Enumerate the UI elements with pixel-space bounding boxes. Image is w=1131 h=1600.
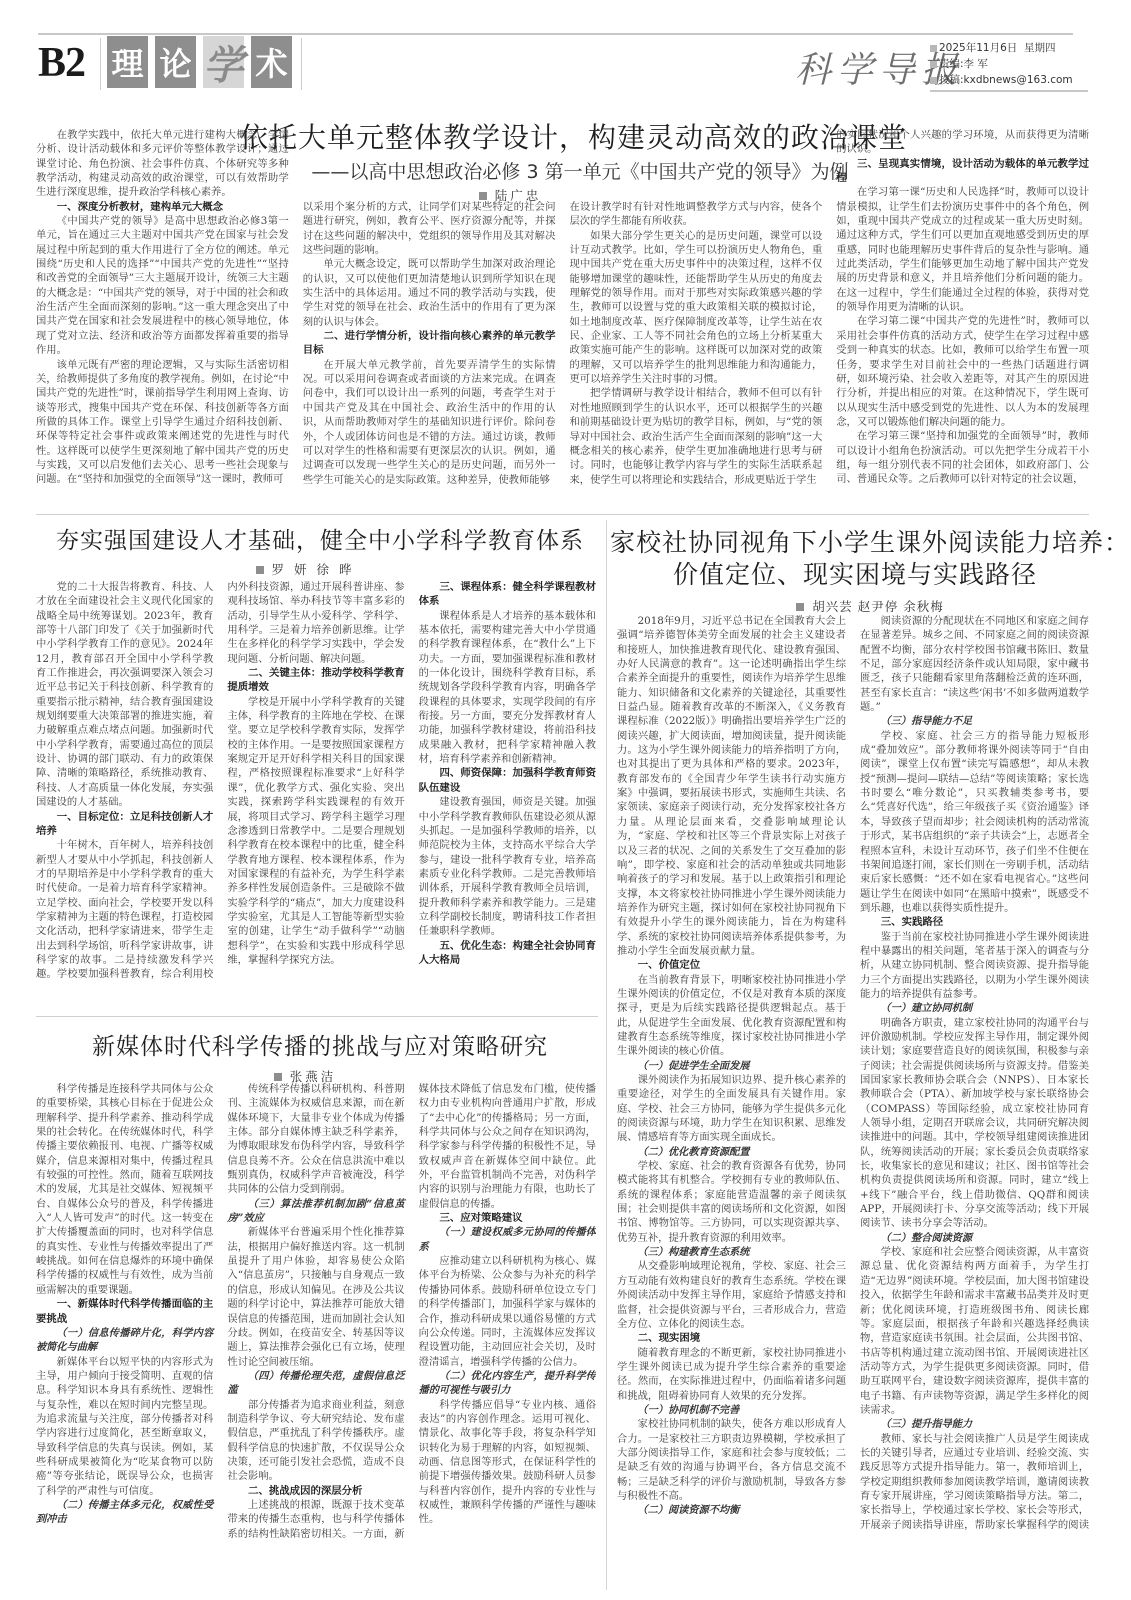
editor-label: 责编: xyxy=(939,56,964,72)
paragraph: 在教学实践中，依托大单元进行建构大概念、学情分析、设计活动载体和多元评价等整体教… xyxy=(36,128,289,200)
paragraph: 在当前教育背景下，明晰家校社协同推进小学生课外阅读的价值定位，不仅是对教育本质的… xyxy=(617,973,846,1059)
paragraph: 在学习第一课“历史和人民选择”时，教师可以设计情景模拟，让学生们去扮演历史事件中… xyxy=(836,185,1089,314)
editor-line: 责编:李 军 xyxy=(930,56,1088,72)
section-heading: 二、关键主体：推动学校科学教育提质增效 xyxy=(227,666,404,695)
subsection-heading: （三）算法推荐机制加剧“信息茧房”效应 xyxy=(227,1197,404,1226)
article-headline: 依托大单元整体教学设计，构建灵动高效的政治课堂 xyxy=(240,120,880,156)
paragraph: 党的二十大报告将教育、科技、人才放在全面建设社会主义现代化国家的战略全局中统筹谋… xyxy=(36,580,213,810)
paragraph: 新媒体平台普遍采用个性化推荐算法，根据用户偏好推送内容。这一机制虽提升了用户体验… xyxy=(227,1225,404,1368)
date-text: 2025年11月6日 xyxy=(939,40,1017,56)
subsection-heading: （二）整合阅读资源 xyxy=(860,1231,1089,1245)
square-bullet-icon xyxy=(479,192,487,200)
paragraph: 在学习第二课“中国共产党的先进性”时，教师可以采用社会事件仿真的活动方式，使学生… xyxy=(836,314,1089,429)
subsection-heading: （二）优化教育资源配置 xyxy=(617,1145,846,1159)
article-subheadline: ——以高中思想政治必修 3 第一单元《中国共产党的领导》为例 xyxy=(300,160,860,184)
submission-label: 投稿: xyxy=(939,72,964,88)
paragraph: 学校、家庭和社会应整合阅读资源，从丰富资源总量、优化资源结构两方面着手，为学生打… xyxy=(860,1245,1089,1417)
subsection-heading: （一）建立协同机制 xyxy=(860,1001,1089,1015)
paragraph: 课程体系是人才培养的基本载体和基本依托，需要构建完善大中小学贯通的科学教育课程体… xyxy=(419,609,596,767)
paragraph: 阅读资源的分配现状在不同地区和家庭之间存在显著差异。城乡之间、不同家庭之间的阅读… xyxy=(860,614,1089,714)
section-heading: 四、师资保障：加强科学教育师资队伍建设 xyxy=(419,766,596,795)
subsection-heading: （三）构建教育生态系统 xyxy=(617,1245,846,1259)
square-bullet-icon xyxy=(930,77,937,84)
section-char: 理 xyxy=(107,36,148,88)
paragraph: 的实际状况和个人兴趣的学习环境，从而获得更为清晰的认识。 xyxy=(836,128,1089,157)
article-body: 科学传播是连接科学共同体与公众的重要桥梁，其核心目标在于促进公众理解科学、提升科… xyxy=(36,1082,596,1542)
paragraph: 从交叠影响域理论视角，学校、家庭、社会三方互动能有效构建良好的教育生态系统。学校… xyxy=(617,1259,846,1331)
section-divider xyxy=(36,1016,598,1017)
paragraph: 随着教育理念的不断更新，家校社协同推进小学生课外阅读已成为提升学生综合素养的重要… xyxy=(617,1346,846,1403)
section-heading: 三、应对策略建议 xyxy=(419,1211,596,1225)
page-number: B2 xyxy=(38,40,85,86)
section-heading: 二、现实困境 xyxy=(617,1331,846,1345)
section-heading: 一、新媒体时代科学传播面临的主要挑战 xyxy=(36,1297,213,1326)
section-heading: 三、实践路径 xyxy=(860,915,1089,929)
section-char: 论 xyxy=(155,36,196,88)
column-divider xyxy=(606,520,607,1590)
masthead-divider-right xyxy=(301,38,302,90)
subsection-heading: （一）协同机制不完善 xyxy=(617,1403,846,1417)
masthead-divider-left xyxy=(100,38,101,90)
paragraph: 学校、家庭、社会三方的指导能力短板形成“叠加效应”。部分教师将课外阅读等同于“自… xyxy=(860,729,1089,915)
paragraph: 如果大部分学生更关心的是历史问题，课堂可以设计互动式教学。比如，学生可以扮演历史… xyxy=(570,229,823,387)
subsection-heading: （二）优化内容生产，提升科学传播的可视性与吸引力 xyxy=(419,1369,596,1398)
section-heading: 一、价值定位 xyxy=(617,958,846,972)
section-heading: 五、优化生态：构建全社会协同育人大格局 xyxy=(419,939,596,968)
paragraph: 在设计教学时有针对性地调整教学方式与内容，使各个层次的学生都能有所收获。 xyxy=(570,200,823,229)
paragraph: 学校、家庭、社会的教育资源各有优势，协同模式能将其有机整合。学校拥有专业的教师队… xyxy=(617,1159,846,1245)
paragraph: 学校是开展中小学科学教育的关键主体，科学教育的主阵地在学校、在课堂。要立足学校科… xyxy=(227,695,404,968)
submission-line: 投稿:kxdbnews@163.com xyxy=(930,72,1088,88)
section-heading: 二、挑战成因的深层分析 xyxy=(227,1484,404,1498)
paragraph: 把学情调研与教学设计相结合，教师不但可以有针对性地照顾到学生的认识水平，还可以根… xyxy=(570,386,823,486)
square-bullet-icon xyxy=(930,45,937,52)
article-body-column: 以采用个案分析的方式，让同学们对某些特定的社会问题进行研究，例如，教育公平、医疗… xyxy=(303,200,556,486)
paragraph: 应推动建立以科研机构为核心、媒体平台为桥梁、公众参与为补充的科学传播协同体系。鼓… xyxy=(419,1254,596,1369)
section-heading: 一、目标定位：立足科技创新人才培养 xyxy=(36,810,213,839)
issue-date: 2025年11月6日 星期四 xyxy=(930,40,1088,56)
paragraph: 《中国共产党的领导》是高中思想政治必修3第一单元，旨在通过三大主题对中国共产党在… xyxy=(36,214,289,357)
paragraph: 单元大概念设定，既可以帮助学生加深对政治理论的认识，又可以使他们更加清楚地认识到… xyxy=(303,257,556,329)
square-bullet-icon xyxy=(274,1073,282,1081)
article-body: 2018年9月，习近平总书记在全国教育大会上强调“培养德智体美劳全面发展的社会主… xyxy=(617,614,1089,1538)
paragraph: 在学习第三课“坚持和加强党的全面领导”时，教师可以设计小组角色扮演活动。可以先把… xyxy=(836,429,1089,486)
subsection-heading: （一）促进学生全面发展 xyxy=(617,1059,846,1073)
author-name: 罗 妍 徐 晔 xyxy=(272,562,355,577)
headline-line-2: 价值定位、现实困境与实践路径 xyxy=(610,559,1100,591)
article-headline: 新媒体时代科学传播的挑战与应对策略研究 xyxy=(40,1032,600,1062)
article-headline: 夯实强国建设人才基础，健全中小学科学教育体系 xyxy=(40,526,600,556)
section-divider xyxy=(36,514,1089,515)
subsection-heading: （一）信息传播碎片化，科学内容被简化与曲解 xyxy=(36,1326,213,1355)
weekday-text: 星期四 xyxy=(1024,40,1056,56)
paragraph: 新媒体平台以短平快的内容形式为主导，用户倾向于接受简明、直观的信息。科学知识本身… xyxy=(36,1355,213,1498)
paragraph: 科学传播是连接科学共同体与公众的重要桥梁，其核心目标在于促进公众理解科学、提升科… xyxy=(36,1082,213,1297)
section-heading: 二、进行学情分析，设计指向核心素养的单元教学目标 xyxy=(303,329,556,358)
paragraph: 2018年9月，习近平总书记在全国教育大会上强调“培养德智体美劳全面发展的社会主… xyxy=(617,614,846,958)
section-title-理论学术: 理 论 学 术 xyxy=(107,36,292,88)
article-headline: 家校社协同视角下小学生课外阅读能力培养： 价值定位、现实困境与实践路径 xyxy=(610,527,1100,591)
author-name: 胡兴芸 赵尹停 余秋梅 xyxy=(812,599,943,614)
paragraph: 在开展大单元教学前，首先要弄清学生的实际情况。可以采用问卷调查或者面谈的方法来完… xyxy=(303,358,556,486)
subsection-heading: （一）建设权威多元协同的传播体系 xyxy=(419,1225,596,1254)
paragraph: 家校社协同机制的缺失，使各方难以形成育人合力。一是家校社三方职责边界模糊，学校承… xyxy=(617,1417,846,1503)
paragraph: 以采用个案分析的方式，让同学们对某些特定的社会问题进行研究，例如，教育公平、医疗… xyxy=(303,200,556,257)
issue-meta: 2025年11月6日 星期四 责编:李 军 投稿:kxdbnews@163.co… xyxy=(930,40,1088,92)
paragraph: 传统科学传播以科研机构、科普期刊、主流媒体为权威信息来源，而在新媒体环境下，大量… xyxy=(227,1082,404,1197)
headline-line-1: 家校社协同视角下小学生课外阅读能力培养： xyxy=(610,527,1100,559)
square-bullet-icon xyxy=(796,603,804,611)
paragraph: 鉴于当前在家校社协同推进小学生课外阅读进程中暴露出的相关问题，笔者基于深入的调查… xyxy=(860,930,1089,1002)
section-char-calligraphy: 学 xyxy=(203,36,244,88)
subsection-heading: （二）传播主体多元化，权威性受到冲击 xyxy=(36,1498,213,1527)
article-byline: 罗 妍 徐 晔 xyxy=(230,560,380,578)
paragraph: 明确各方职责，建立家校社协同的沟通平台与评价激励机制。学校应发挥主导作用，制定课… xyxy=(860,1016,1089,1231)
article-body: 党的二十大报告将教育、科技、人才放在全面建设社会主义现代化国家的战略全局中统筹谋… xyxy=(36,580,596,994)
square-bullet-icon xyxy=(930,61,937,68)
subsection-heading: （三）指导能力不足 xyxy=(860,714,1089,728)
subsection-heading: （四）传播伦理失范，虚假信息泛滥 xyxy=(227,1369,404,1398)
section-heading: 三、呈现真实情境，设计活动为载体的单元教学过程 xyxy=(836,157,1089,186)
paragraph: 课外阅读作为拓展知识边界、提升核心素养的重要途径，对学生的全面发展具有关键作用。… xyxy=(617,1073,846,1145)
paragraph: 该单元既有严密的理论逻辑，又与实际生活密切相关，给教师提供了多角度的教学视角。例… xyxy=(36,358,289,487)
article-body-column: 在教学实践中，依托大单元进行建构大概念、学情分析、设计活动载体和多元评价等整体教… xyxy=(36,128,289,486)
section-heading: 三、课程体系：健全科学课程教材体系 xyxy=(419,580,596,609)
section-heading: 一、深度分析教材，建构单元大概念 xyxy=(36,200,289,214)
section-char: 术 xyxy=(251,36,292,88)
article-body-column: 在设计教学时有针对性地调整教学方式与内容，使各个层次的学生都能有所收获。如果大部… xyxy=(570,200,823,486)
article-byline: 胡兴芸 赵尹停 余秋梅 xyxy=(760,597,980,615)
subsection-heading: （三）提升指导能力 xyxy=(860,1417,1089,1431)
editor-name: 李 军 xyxy=(964,56,988,72)
article-body-column: 的实际状况和个人兴趣的学习环境，从而获得更为清晰的认识。三、呈现真实情境，设计活… xyxy=(836,128,1089,486)
square-bullet-icon xyxy=(256,566,264,574)
subsection-heading: （二）阅读资源不均衡 xyxy=(617,1503,846,1517)
paragraph: 建设教育强国，师资是关键。加强中小学科学教育教师队伍建设必须从源头抓起。一是加强… xyxy=(419,795,596,938)
paragraph: 部分传播者为追求商业利益，刻意制造科学争议、夸大研究结论、发布虚假信息，严重扰乱… xyxy=(227,1398,404,1484)
submission-email-link[interactable]: kxdbnews@163.com xyxy=(964,72,1073,88)
paragraph: 科学传播应倡导“专业内核、通俗表达”的内容创作理念。运用可视化、情景化、故事化等… xyxy=(419,1398,596,1527)
masthead-top-rule xyxy=(38,33,1073,35)
